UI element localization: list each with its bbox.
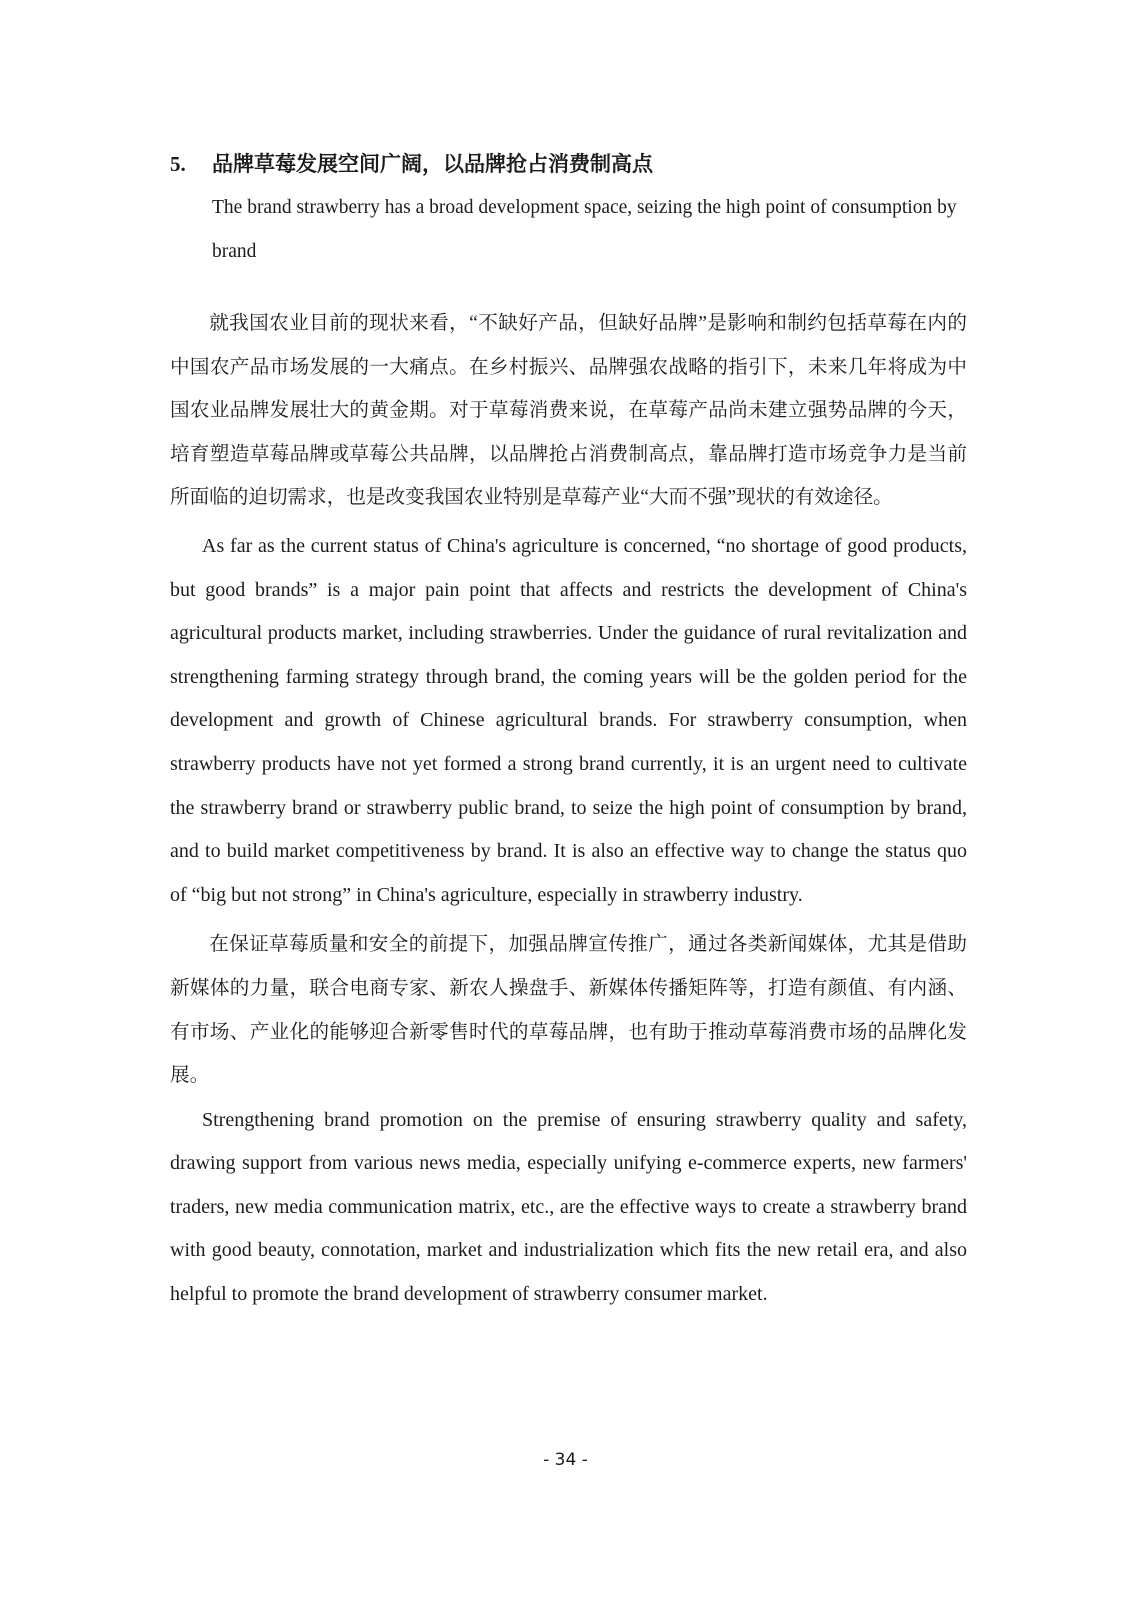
heading-subtitle-en: The brand strawberry has a broad develop… — [170, 186, 967, 274]
section-heading: 5. 品牌草莓发展空间广阔，以品牌抢占消费制高点 — [170, 142, 967, 186]
paragraph-en-1: As far as the current status of China's … — [170, 525, 967, 917]
page-number: - 34 - — [0, 1450, 1131, 1470]
paragraph-zh-2: 在保证草莓质量和安全的前提下，加强品牌宣传推广，通过各类新闻媒体，尤其是借助新媒… — [170, 923, 967, 1097]
page-content: 5. 品牌草莓发展空间广阔，以品牌抢占消费制高点 The brand straw… — [170, 142, 967, 1317]
paragraph-en-2: Strengthening brand promotion on the pre… — [170, 1099, 967, 1317]
document-page: 5. 品牌草莓发展空间广阔，以品牌抢占消费制高点 The brand straw… — [0, 0, 1131, 1600]
heading-number: 5. — [170, 142, 212, 186]
paragraph-zh-1: 就我国农业目前的现状来看，“不缺好产品，但缺好品牌”是影响和制约包括草莓在内的中… — [170, 302, 967, 520]
heading-title-zh: 品牌草莓发展空间广阔，以品牌抢占消费制高点 — [212, 142, 653, 186]
